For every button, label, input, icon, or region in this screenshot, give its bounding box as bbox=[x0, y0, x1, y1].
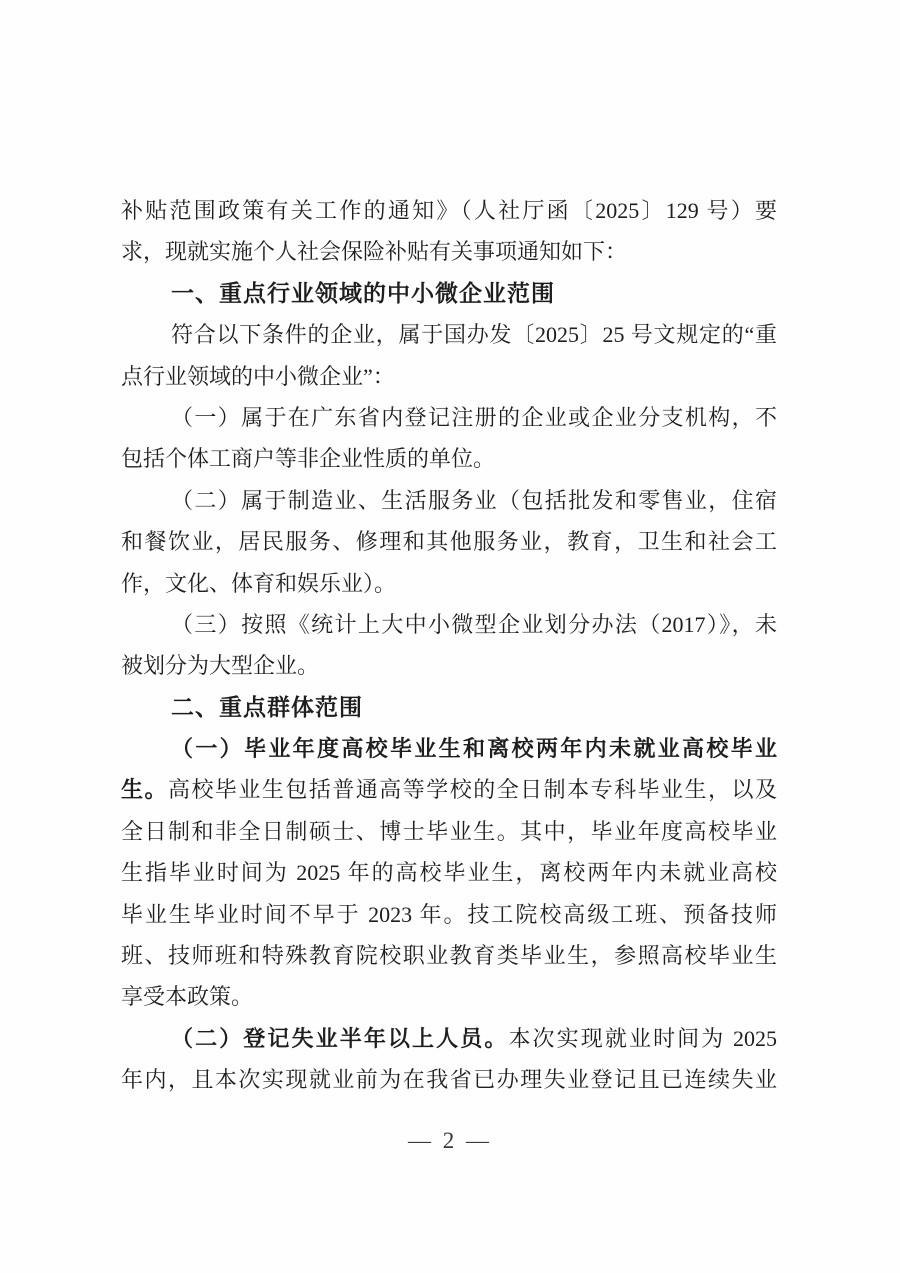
doc-line-21: （二）登记失业半年以上人员。本次实现就业时间为 2025 bbox=[121, 1018, 777, 1059]
document-body: 补贴范围政策有关工作的通知》（人社厅函〔2025〕129 号）要 求，现就实施个… bbox=[121, 190, 777, 1101]
doc-line-12: 被划分为大型企业。 bbox=[121, 645, 777, 686]
text-segment: 生指毕业时间为 2025 年的高校毕业生，离校两年内未就业高校 bbox=[121, 860, 777, 885]
heading-text: 一、重点行业领域的中小微企业范围 bbox=[171, 280, 555, 306]
text-segment: 和餐饮业，居民服务、修理和其他服务业，教育，卫生和社会工 bbox=[121, 529, 777, 554]
text-segment: 享受本政策。 bbox=[121, 984, 253, 1009]
doc-line-10: 作，文化、体育和娱乐业）。 bbox=[121, 563, 777, 604]
doc-line-19: 班、技师班和特殊教育院校职业教育类毕业生，参照高校毕业生 bbox=[121, 935, 777, 976]
text-segment: 符合以下条件的企业，属于国办发〔2025〕25 号文规定的“重 bbox=[171, 322, 777, 347]
text-segment: 毕业生毕业时间不早于 2023 年。技工院校高级工班、预备技师 bbox=[121, 902, 777, 927]
text-segment: 年内，且本次实现就业前为在我省已办理失业登记且已连续失业 bbox=[121, 1067, 777, 1092]
text-segment: （一）属于在广东省内登记注册的企业或企业分支机构，不 bbox=[171, 405, 777, 430]
doc-line-11: （三）按照《统计上大中小微型企业划分办法（2017）》，未 bbox=[121, 604, 777, 645]
text-segment: 求，现就实施个人社会保险补贴有关事项通知如下： bbox=[121, 239, 627, 264]
text-segment: 高校毕业生包括普通高等学校的全日制本专科毕业生，以及 bbox=[168, 777, 777, 802]
doc-line-8: （二）属于制造业、生活服务业（包括批发和零售业，住宿 bbox=[121, 480, 777, 521]
doc-line-16: 全日制和非全日制硕士、博士毕业生。其中，毕业年度高校毕业 bbox=[121, 811, 777, 852]
doc-line-15: 生。高校毕业生包括普通高等学校的全日制本专科毕业生，以及 bbox=[121, 769, 777, 810]
page-number: — 2 — bbox=[0, 1128, 900, 1154]
doc-line-20: 享受本政策。 bbox=[121, 976, 777, 1017]
heading-text: 二、重点群体范围 bbox=[171, 694, 363, 720]
bold-segment: （二）登记失业半年以上人员。 bbox=[171, 1026, 508, 1051]
doc-line-6: （一）属于在广东省内登记注册的企业或企业分支机构，不 bbox=[121, 397, 777, 438]
doc-line-18: 毕业生毕业时间不早于 2023 年。技工院校高级工班、预备技师 bbox=[121, 894, 777, 935]
text-segment: 全日制和非全日制硕士、博士毕业生。其中，毕业年度高校毕业 bbox=[121, 819, 777, 844]
doc-line-4: 符合以下条件的企业，属于国办发〔2025〕25 号文规定的“重 bbox=[121, 314, 777, 355]
text-segment: 点行业领域的中小微企业”： bbox=[121, 364, 395, 389]
text-segment: 作，文化、体育和娱乐业）。 bbox=[121, 571, 396, 596]
doc-line-22: 年内，且本次实现就业前为在我省已办理失业登记且已连续失业 bbox=[121, 1059, 777, 1100]
doc-line-7: 包括个体工商户等非企业性质的单位。 bbox=[121, 438, 777, 479]
section-heading-2: 二、重点群体范围 bbox=[121, 687, 777, 728]
text-segment: 包括个体工商户等非企业性质的单位。 bbox=[121, 446, 495, 471]
text-segment: 补贴范围政策有关工作的通知》（人社厅函〔2025〕129 号）要 bbox=[121, 198, 777, 223]
text-segment: （三）按照《统计上大中小微型企业划分办法（2017）》，未 bbox=[171, 612, 777, 637]
text-segment: 班、技师班和特殊教育院校职业教育类毕业生，参照高校毕业生 bbox=[121, 943, 777, 968]
text-segment: 本次实现就业时间为 2025 bbox=[508, 1026, 777, 1051]
section-heading-1: 一、重点行业领域的中小微企业范围 bbox=[121, 273, 777, 314]
bold-segment: （一）毕业年度高校毕业生和离校两年内未就业高校毕业 bbox=[171, 736, 777, 761]
doc-line-2: 求，现就实施个人社会保险补贴有关事项通知如下： bbox=[121, 231, 777, 272]
text-segment: 被划分为大型企业。 bbox=[121, 653, 319, 678]
doc-line-9: 和餐饮业，居民服务、修理和其他服务业，教育，卫生和社会工 bbox=[121, 521, 777, 562]
document-page: 补贴范围政策有关工作的通知》（人社厅函〔2025〕129 号）要 求，现就实施个… bbox=[0, 0, 900, 1273]
doc-line-1: 补贴范围政策有关工作的通知》（人社厅函〔2025〕129 号）要 bbox=[121, 190, 777, 231]
text-segment: （二）属于制造业、生活服务业（包括批发和零售业，住宿 bbox=[171, 488, 777, 513]
doc-line-17: 生指毕业时间为 2025 年的高校毕业生，离校两年内未就业高校 bbox=[121, 852, 777, 893]
doc-line-5: 点行业领域的中小微企业”： bbox=[121, 356, 777, 397]
doc-line-14: （一）毕业年度高校毕业生和离校两年内未就业高校毕业 bbox=[121, 728, 777, 769]
bold-segment: 生。 bbox=[121, 777, 168, 802]
